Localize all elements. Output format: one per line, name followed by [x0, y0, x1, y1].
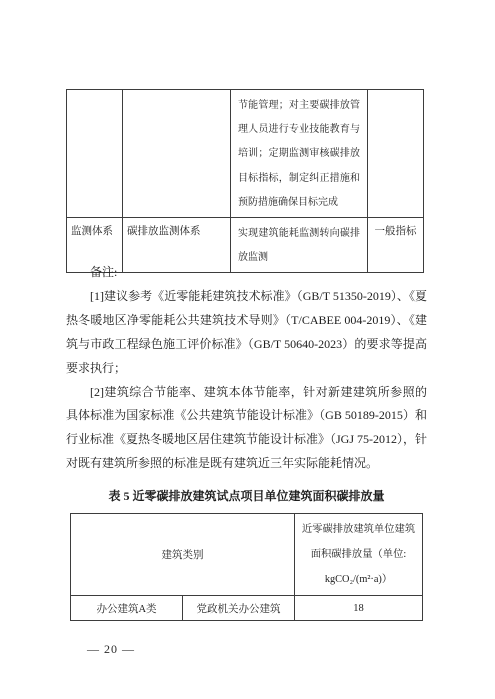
- cell-building-category: 办公建筑A类: [71, 596, 183, 621]
- document-page: 节能管理；对主要碳排放管理人员进行专业技能教育与培训；定期监测审核碳排放目标指标…: [0, 0, 495, 699]
- table-cell-empty: [368, 90, 424, 218]
- table-row: 节能管理；对主要碳排放管理人员进行专业技能教育与培训；定期监测审核碳排放目标指标…: [67, 90, 424, 218]
- note-item-2: [2]建筑综合节能率、建筑本体节能率，针对新建建筑所参照的具体标准为国家标准《公…: [66, 381, 427, 477]
- table5-title: 表 5 近零碳排放建筑试点项目单位建筑面积碳排放量: [66, 487, 427, 504]
- notes-section: 备注: [1]建议参考《近零能耗建筑技术标准》（GB/T 51350-2019）…: [66, 261, 427, 476]
- cell-building-subcategory: 党政机关办公建筑: [183, 596, 295, 621]
- cell-emission-value: 18: [295, 596, 423, 621]
- page-number: — 20 —: [87, 642, 135, 657]
- table-row: 办公建筑A类 党政机关办公建筑 18: [71, 596, 423, 621]
- header-cell-unit: 近零碳排放建筑单位建筑面积碳排放量（单位: kgCO₂/(m²·a)）: [295, 514, 423, 596]
- carbon-emission-table: 建筑类别 近零碳排放建筑单位建筑面积碳排放量（单位: kgCO₂/(m²·a)）…: [70, 513, 423, 621]
- header-cell-category: 建筑类别: [71, 514, 295, 596]
- carbon-indicator-table: 节能管理；对主要碳排放管理人员进行专业技能教育与培训；定期监测审核碳排放目标指标…: [66, 89, 424, 273]
- table-cell-requirement: 节能管理；对主要碳排放管理人员进行专业技能教育与培训；定期监测审核碳排放目标指标…: [231, 90, 368, 218]
- table-cell-empty: [67, 90, 123, 218]
- notes-label: 备注:: [66, 261, 427, 285]
- note-item-1: [1]建议参考《近零能耗建筑技术标准》（GB/T 51350-2019）、《夏热…: [66, 285, 427, 381]
- table-header-row: 建筑类别 近零碳排放建筑单位建筑面积碳排放量（单位: kgCO₂/(m²·a)）: [71, 514, 423, 596]
- table-cell-empty: [123, 90, 231, 218]
